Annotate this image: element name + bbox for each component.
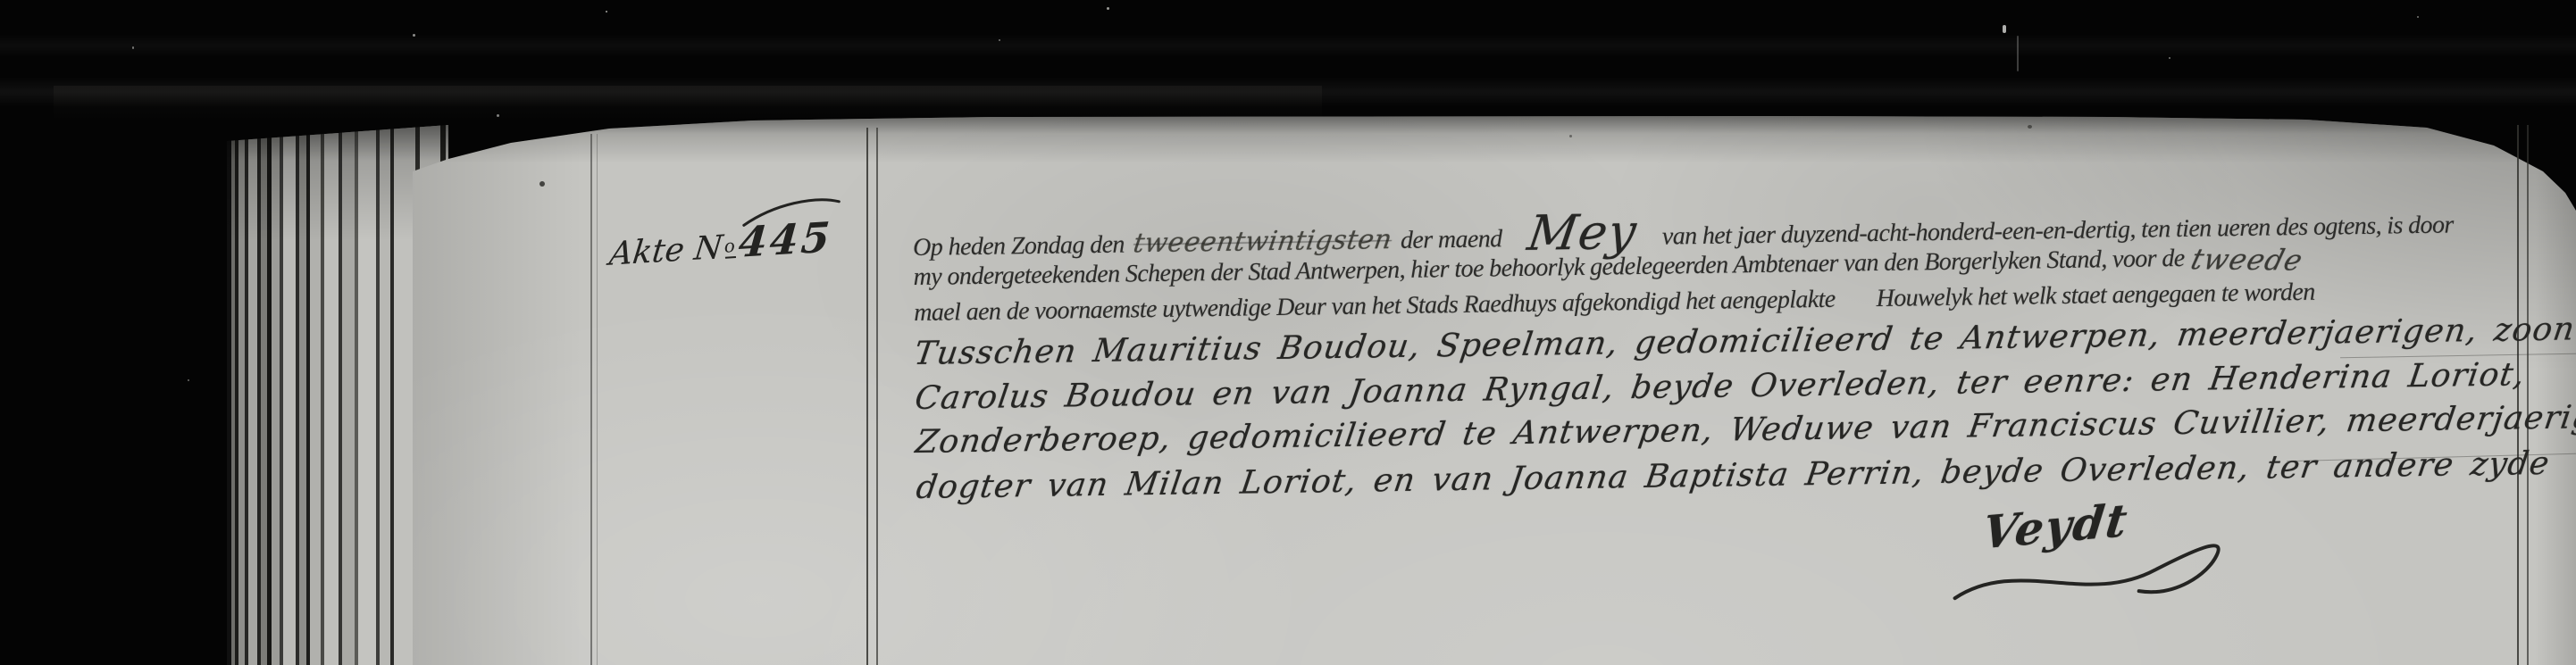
printed-formula-text: mael aen de voornaemste uytwendige Deur …	[914, 286, 1836, 327]
page-crease-line	[597, 134, 598, 665]
printed-formula-text: Houwelyk het welk staet aengegaen te wor…	[1876, 278, 2314, 312]
ink-fleck	[539, 181, 545, 187]
scanned-register-page: Akte No445 Op heden Zondag dentweeentwin…	[0, 0, 2576, 665]
act-number-prefix: Akte N	[607, 229, 724, 273]
film-speck	[188, 379, 189, 381]
act-text-block: Op heden Zondag dentweeentwintigstender …	[909, 0, 2545, 665]
margin-rule-left	[866, 128, 878, 665]
film-speck	[132, 46, 134, 49]
act-number-superscript: o	[723, 235, 736, 259]
film-speck	[606, 11, 607, 12]
handwritten-ordinal: tweede	[2187, 242, 2307, 278]
page-crease-line	[590, 134, 592, 665]
film-speck	[497, 114, 499, 117]
signature-block: Veydt	[1981, 494, 2131, 559]
film-speck	[413, 34, 415, 37]
